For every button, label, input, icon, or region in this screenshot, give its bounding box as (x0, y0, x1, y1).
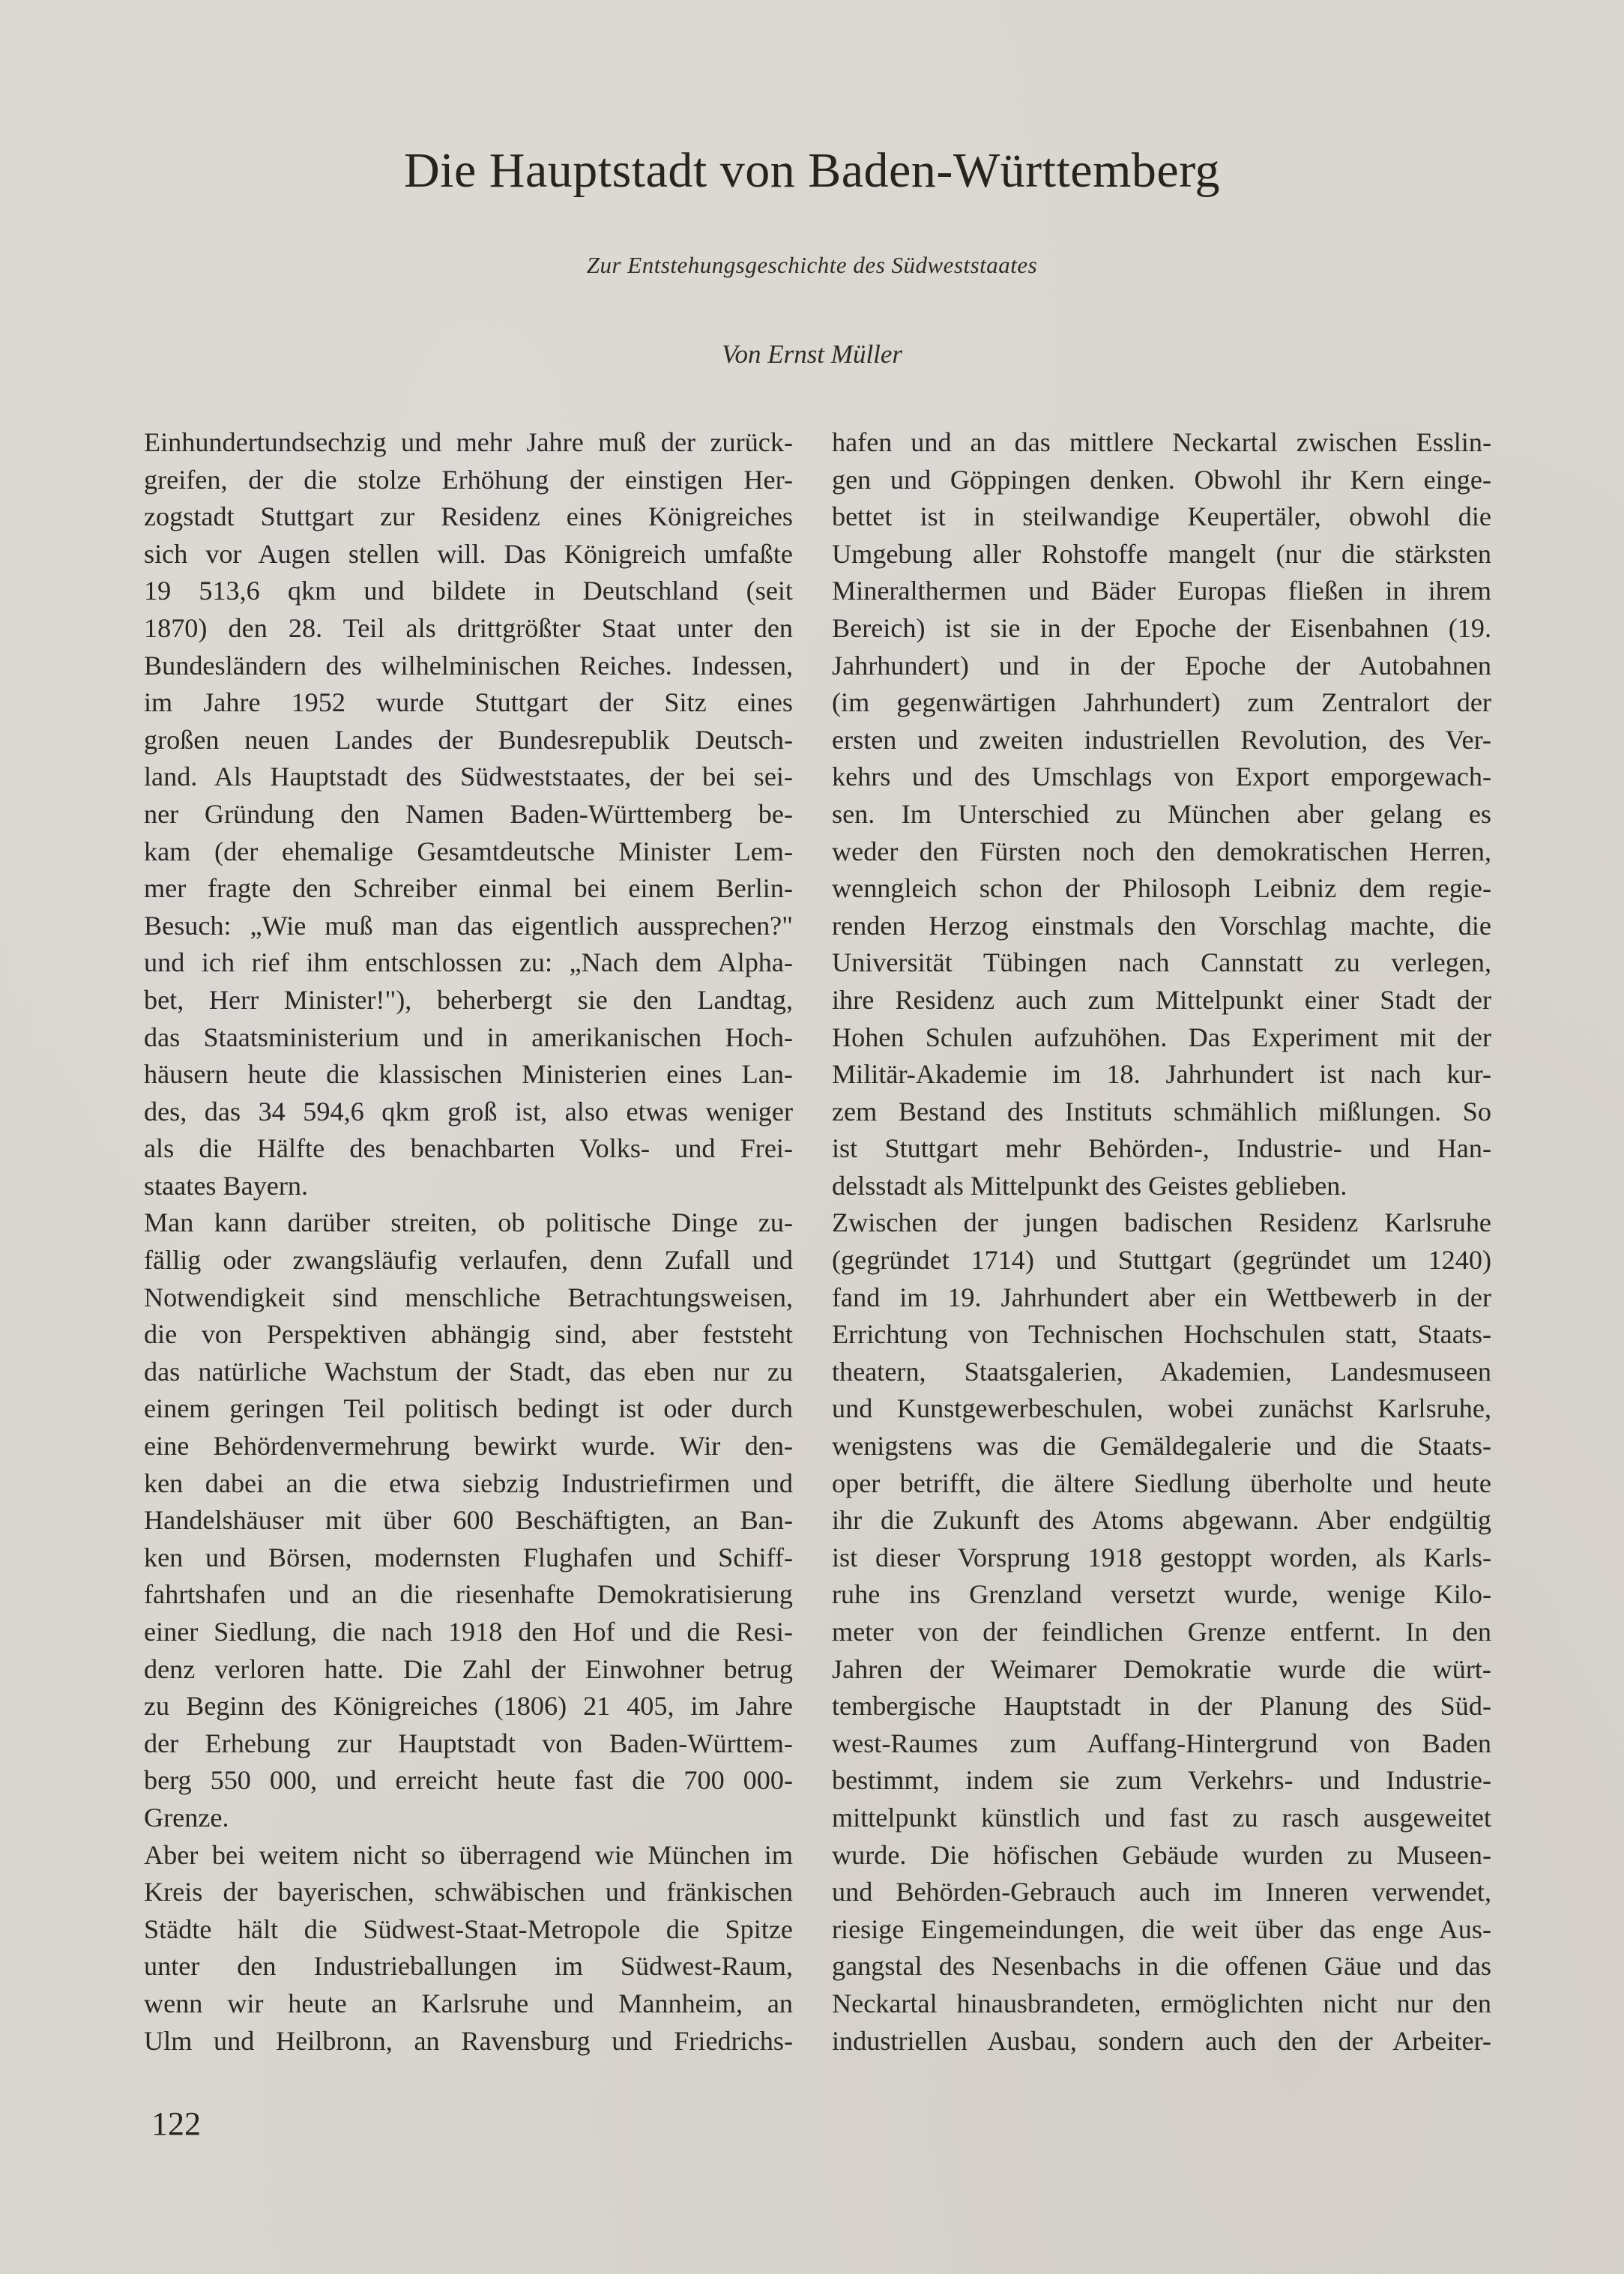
text-line: ersten und zweiten industriellen Revolut… (832, 722, 1491, 759)
text-line: im Jahre 1952 wurde Stuttgart der Sitz e… (144, 684, 793, 722)
text-line: fahrtshafen und an die riesenhafte Demok… (144, 1576, 793, 1614)
text-line: gangstal des Nesenbachs in die offenen G… (832, 1948, 1491, 1985)
text-line: Städte hält die Südwest-Staat-Metropole … (144, 1911, 793, 1949)
text-line: theatern, Staatsgalerien, Akademien, Lan… (832, 1354, 1491, 1391)
text-line: ken und Börsen, modernsten Flughafen und… (144, 1539, 793, 1577)
text-line: der Erhebung zur Hauptstadt von Baden-Wü… (144, 1725, 793, 1763)
text-line: kam (der ehemalige Gesamtdeutsche Minist… (144, 833, 793, 871)
text-line: und ich rief ihm entschlossen zu: „Nach … (144, 944, 793, 982)
text-line: Umgebung aller Rohstoffe mangelt (nur di… (832, 536, 1491, 573)
text-line: denz verloren hatte. Die Zahl der Einwoh… (144, 1651, 793, 1689)
text-line: hafen und an das mittlere Neckartal zwis… (832, 424, 1491, 462)
text-line: riesige Eingemeindungen, die weit über d… (832, 1911, 1491, 1949)
text-line: Aber bei weitem nicht so überragend wie … (144, 1837, 793, 1875)
text-line: des, das 34 594,6 qkm groß ist, also etw… (144, 1094, 793, 1131)
text-line: ihre Residenz auch zum Mittelpunkt einer… (832, 982, 1491, 1019)
article-title: Die Hauptstadt von Baden-Württemberg (0, 141, 1624, 201)
text-line: eine Behördenvermehrung bewirkt wurde. W… (144, 1428, 793, 1465)
text-line: delsstadt als Mittelpunkt des Geistes ge… (832, 1168, 1491, 1205)
text-line: das natürliche Wachstum der Stadt, das e… (144, 1354, 793, 1391)
text-line: großen neuen Landes der Bundesrepublik D… (144, 722, 793, 759)
text-line: und Behörden-Gebrauch auch im Inneren ve… (832, 1874, 1491, 1911)
text-line: Jahren der Weimarer Demokratie wurde die… (832, 1651, 1491, 1689)
text-line: bestimmt, indem sie zum Verkehrs- und In… (832, 1762, 1491, 1800)
text-line: fällig oder zwangsläufig verlaufen, denn… (144, 1242, 793, 1279)
text-line: einem geringen Teil politisch bedingt is… (144, 1390, 793, 1428)
text-line: Militär-Akademie im 18. Jahrhundert ist … (832, 1056, 1491, 1094)
text-line: Man kann darüber streiten, ob politische… (144, 1204, 793, 1242)
text-line: Kreis der bayerischen, schwäbischen und … (144, 1874, 793, 1911)
text-line: mer fragte den Schreiber einmal bei eine… (144, 870, 793, 908)
text-line: wenngleich schon der Philosoph Leibniz d… (832, 870, 1491, 908)
text-line: bettet ist in steilwandige Keupertäler, … (832, 498, 1491, 536)
text-line: Jahrhundert) und in der Epoche der Autob… (832, 648, 1491, 685)
text-line: Zwischen der jungen badischen Residenz K… (832, 1204, 1491, 1242)
text-line: häusern heute die klassischen Ministerie… (144, 1056, 793, 1094)
article-subtitle: Zur Entstehungsgeschichte des Südweststa… (0, 250, 1624, 280)
text-line: greifen, der die stolze Erhöhung der ein… (144, 462, 793, 499)
body-column-right: hafen und an das mittlere Neckartal zwis… (832, 424, 1491, 2060)
text-line: ken dabei an die etwa siebzig Industrief… (144, 1465, 793, 1503)
text-line: 19 513,6 qkm und bildete in Deutschland … (144, 573, 793, 610)
text-line: Bundesländern des wilhelminischen Reiche… (144, 648, 793, 685)
text-line: Einhundertundsechzig und mehr Jahre muß … (144, 424, 793, 462)
text-line: Mineralthermen und Bäder Europas fließen… (832, 573, 1491, 610)
text-line: zogstadt Stuttgart zur Residenz eines Kö… (144, 498, 793, 536)
text-line: industriellen Ausbau, sondern auch den d… (832, 2023, 1491, 2060)
text-line: Besuch: „Wie muß man das eigentlich auss… (144, 908, 793, 945)
text-line: bet, Herr Minister!"), beherbergt sie de… (144, 982, 793, 1019)
text-line: staates Bayern. (144, 1168, 793, 1205)
text-line: ist Stuttgart mehr Behörden-, Industrie-… (832, 1130, 1491, 1168)
text-line: Ulm und Heilbronn, an Ravensburg und Fri… (144, 2023, 793, 2060)
text-line: zem Bestand des Instituts schmählich miß… (832, 1094, 1491, 1131)
text-line: einer Siedlung, die nach 1918 den Hof un… (144, 1614, 793, 1651)
text-line: kehrs und des Umschlags von Export empor… (832, 758, 1491, 796)
text-line: als die Hälfte des benachbarten Volks- u… (144, 1130, 793, 1168)
text-line: zu Beginn des Königreiches (1806) 21 405… (144, 1688, 793, 1725)
text-line: ist dieser Vorsprung 1918 gestoppt worde… (832, 1539, 1491, 1577)
text-line: sen. Im Unterschied zu München aber gela… (832, 796, 1491, 833)
text-line: die von Perspektiven abhängig sind, aber… (144, 1316, 793, 1354)
text-line: wenn wir heute an Karlsruhe und Mannheim… (144, 1985, 793, 2023)
text-line: unter den Industrieballungen im Südwest-… (144, 1948, 793, 1985)
text-line: Errichtung von Technischen Hochschulen s… (832, 1316, 1491, 1354)
text-line: Neckartal hinausbrandeten, ermöglichten … (832, 1985, 1491, 2023)
text-line: ihr die Zukunft des Atoms abgewann. Aber… (832, 1502, 1491, 1539)
page-number: 122 (151, 2105, 201, 2144)
text-line: (im gegenwärtigen Jahrhundert) zum Zentr… (832, 684, 1491, 722)
text-line: Notwendigkeit sind menschliche Betrachtu… (144, 1279, 793, 1317)
text-line: wenigstens was die Gemäldegalerie und di… (832, 1428, 1491, 1465)
text-line: gen und Göppingen denken. Obwohl ihr Ker… (832, 462, 1491, 499)
text-line: sich vor Augen stellen will. Das Königre… (144, 536, 793, 573)
text-line: Handelshäuser mit über 600 Beschäftigten… (144, 1502, 793, 1539)
text-line: meter von der feindlichen Grenze entfern… (832, 1614, 1491, 1651)
text-line: weder den Fürsten noch den demokratische… (832, 833, 1491, 871)
text-line: und Kunstgewerbeschulen, wobei zunächst … (832, 1390, 1491, 1428)
text-line: ruhe ins Grenzland versetzt wurde, wenig… (832, 1576, 1491, 1614)
text-line: oper betrifft, die ältere Siedlung überh… (832, 1465, 1491, 1503)
text-line: das Staatsministerium und in amerikanisc… (144, 1019, 793, 1057)
text-line: Grenze. (144, 1800, 793, 1837)
text-line: 1870) den 28. Teil als drittgrößter Staa… (144, 610, 793, 648)
body-column-left: Einhundertundsechzig und mehr Jahre muß … (144, 424, 793, 2060)
text-line: Bereich) ist sie in der Epoche der Eisen… (832, 610, 1491, 648)
printed-page: Die Hauptstadt von Baden-Württemberg Zur… (0, 0, 1624, 2274)
article-author: Von Ernst Müller (0, 338, 1624, 371)
text-line: wurde. Die höfischen Gebäude wurden zu M… (832, 1837, 1491, 1875)
text-line: tembergische Hauptstadt in der Planung d… (832, 1688, 1491, 1725)
text-line: renden Herzog einstmals den Vorschlag ma… (832, 908, 1491, 945)
text-line: Hohen Schulen aufzuhöhen. Das Experiment… (832, 1019, 1491, 1057)
text-line: fand im 19. Jahrhundert aber ein Wettbew… (832, 1279, 1491, 1317)
text-line: land. Als Hauptstadt des Südweststaates,… (144, 758, 793, 796)
text-line: west-Raumes zum Auffang-Hintergrund von … (832, 1725, 1491, 1763)
text-line: mittelpunkt künstlich und fast zu rasch … (832, 1800, 1491, 1837)
text-line: Universität Tübingen nach Cannstatt zu v… (832, 944, 1491, 982)
text-line: ner Gründung den Namen Baden-Württemberg… (144, 796, 793, 833)
text-line: (gegründet 1714) und Stuttgart (gegründe… (832, 1242, 1491, 1279)
text-line: berg 550 000, und erreicht heute fast di… (144, 1762, 793, 1800)
